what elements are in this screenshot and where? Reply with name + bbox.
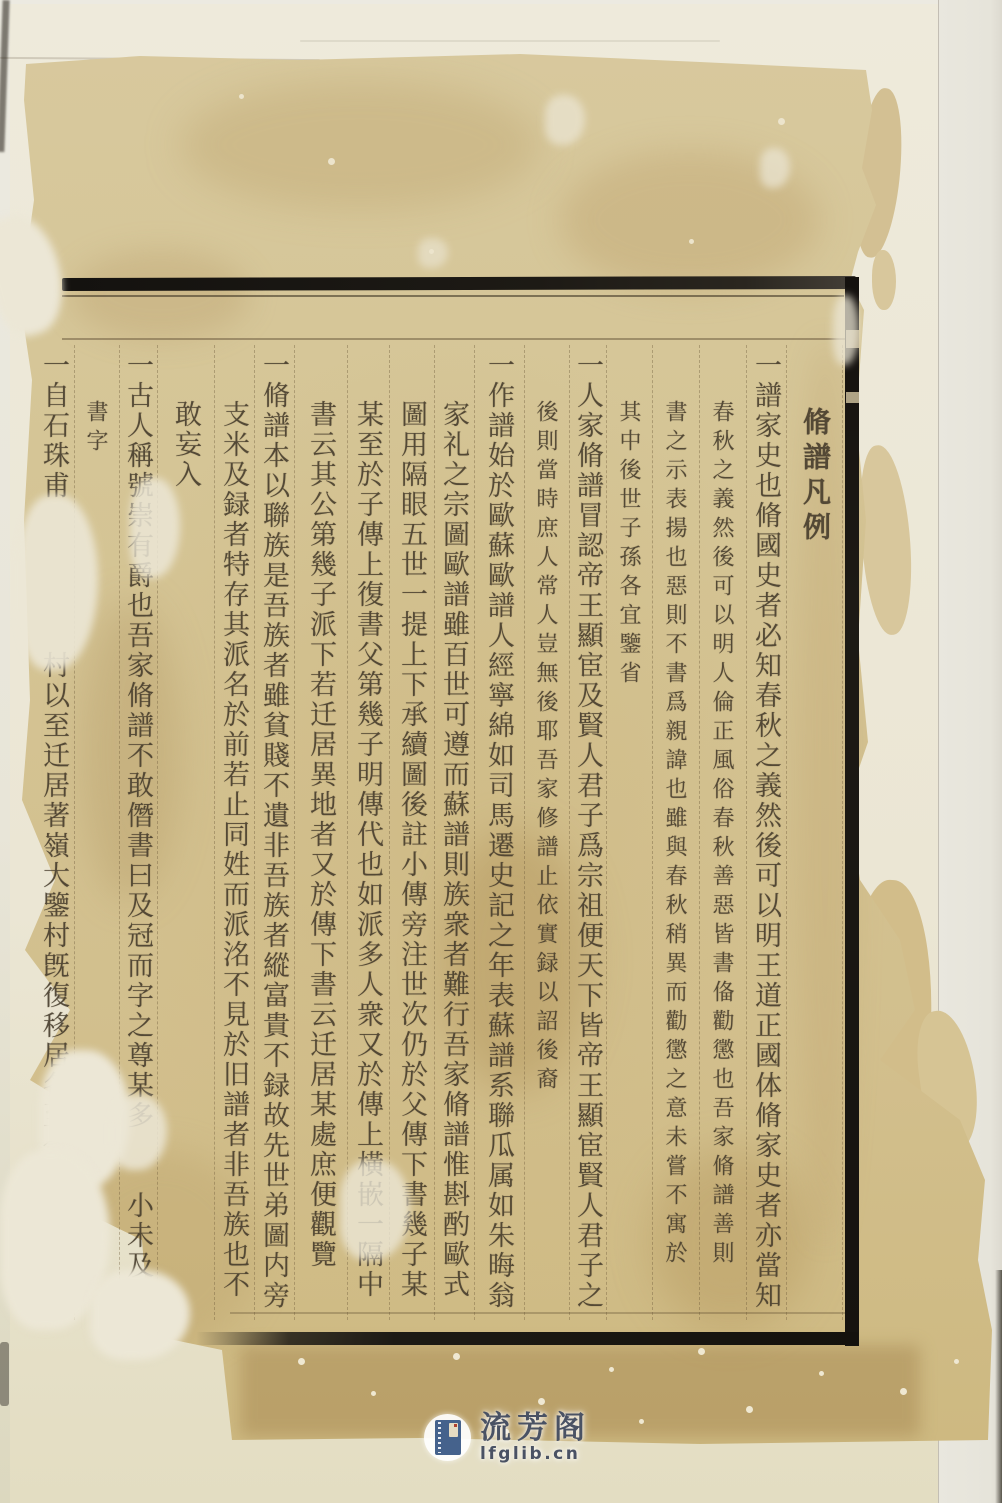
text-column-13: 支米及録者特存其派名於前若止同姓而派洺不見於旧譜者非吾族也不 [215, 345, 255, 1320]
watermark-site-url: lfglib.cn [480, 1446, 591, 1463]
scan-edge-mark [0, 1342, 9, 1406]
text-column-7: 一作譜始於歐蘇歐譜人經寧綿如司馬遷史記之年表蘇譜系聯瓜属如朱晦翁 [475, 345, 525, 1320]
frame-left-border [0, 0, 10, 152]
text-column-12: 一脩譜本以聯族是吾族者雖貧賤不遺非吾族者縱富貴不録故先世弟圖内旁 [255, 345, 295, 1320]
watermark-badge [424, 1414, 471, 1461]
watermark: 流芳阁 lfglib.cn [424, 1412, 591, 1463]
scanned-genealogy-page: 脩譜凡例一譜家史也脩國史者必知春秋之義然後可以明王道正國体脩家史者亦當知春秋之義… [0, 0, 1002, 1503]
text-area-top-rule [62, 338, 845, 340]
book-title-label [449, 1423, 458, 1437]
worm-holes [0, 0, 3, 3]
watermark-text: 流芳阁 lfglib.cn [480, 1412, 591, 1463]
stain [180, 80, 540, 210]
frame-bottom-border [196, 1332, 858, 1345]
frame-wear-gap [846, 392, 859, 403]
text-column-11: 書云其公第幾子派下若迁居異地者又於傳下書云迁居某處庶便觀覽 [295, 345, 348, 1320]
text-column-1: 一譜家史也脩國史者必知春秋之義然後可以明王道正國体脩家史者亦當知 [747, 345, 787, 1320]
text-column-8: 家礼之宗圖歐譜雖百世可遵而蘇譜則族衆者難行吾家脩譜惟斟酌歐式 [435, 345, 475, 1320]
text-column-3: 書之示表揚也惡則不書爲親諱也雖與春秋稍異而勸懲之意未嘗不寓於 [653, 345, 700, 1320]
text-column-5: 一人家脩譜冒認帝王顯宦及賢人君子爲宗祖便天下皆帝王顯宦賢人君子之 [570, 345, 607, 1320]
watermark-site-name: 流芳阁 [480, 1412, 591, 1443]
book-icon [435, 1420, 461, 1455]
page-title: 脩譜凡例 [787, 345, 843, 1320]
frame-top-rule [62, 295, 844, 297]
book-stitching [438, 1422, 441, 1453]
frame-right-border [845, 277, 859, 1346]
paper-crease [300, 40, 720, 42]
text-column-6: 後則當時庶人常人豈無後耶吾家修譜止依實録以詔後裔 [525, 345, 570, 1320]
frame-top-border [62, 276, 856, 291]
text-column-2: 春秋之義然後可以明人倫正風俗春秋善惡皆書俻勸懲也吾家脩譜善則 [700, 345, 747, 1320]
text-column-4: 其中後世子孫各宜鑒省 [607, 345, 653, 1320]
book-seal [454, 1424, 457, 1427]
scan-edge-shadow [995, 1270, 1002, 1503]
paper-fragment [872, 250, 896, 310]
